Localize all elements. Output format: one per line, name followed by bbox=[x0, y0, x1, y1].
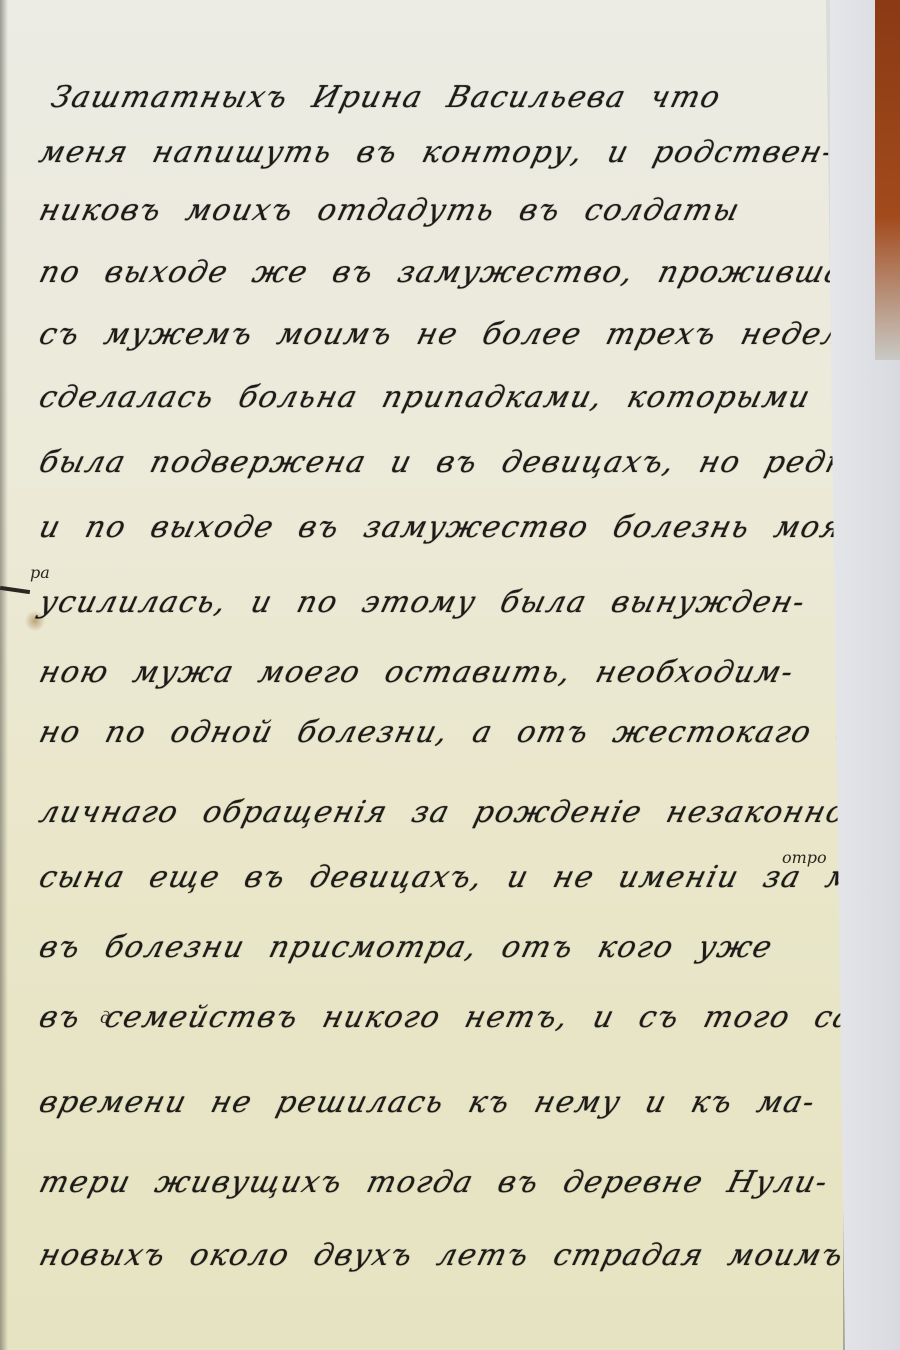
line-text: была подвержена и въ девицахъ, но редко bbox=[36, 445, 870, 480]
manuscript-sheet: Заштатныхъ Ирина Васильева что меня напи… bbox=[0, 0, 845, 1350]
manuscript-line: но по одной болезни, а отъ жестокаго его bbox=[36, 715, 810, 750]
line-text: ною мужа моего оставить, необходим- bbox=[36, 655, 798, 690]
manuscript-line: никовъ моихъ отдадуть въ солдаты bbox=[36, 193, 810, 228]
line-text: съ мужемъ моимъ не более трехъ недель bbox=[36, 317, 865, 352]
line-text: усилилась, и по этому была вынужден- bbox=[36, 585, 810, 620]
manuscript-line: тери живущихъ тогда въ деревне Нули- bbox=[36, 1165, 810, 1200]
manuscript-line: была подвержена и въ девицахъ, но редко bbox=[36, 445, 810, 480]
manuscript-line: по выходе же въ замужество, прожившая bbox=[36, 255, 810, 290]
manuscript-line: Заштатныхъ Ирина Васильева что bbox=[48, 80, 810, 115]
line-text: и по выходе въ замужество болезнь моя bbox=[36, 510, 847, 545]
line-text: но по одной болезни, а отъ жестокаго его bbox=[36, 715, 897, 750]
interlinear-annotation: ра bbox=[30, 563, 50, 582]
manuscript-line: сына еще въ девицахъ, и не именіи за мно… bbox=[36, 860, 810, 895]
line-text: времени не решилась къ нему и къ ма- bbox=[36, 1085, 820, 1120]
interlinear-annotation: отро bbox=[782, 848, 827, 867]
line-text: тери живущихъ тогда въ деревне Нули- bbox=[36, 1165, 833, 1200]
manuscript-line: въ семействъ никого нетъ, и съ того сама… bbox=[36, 1000, 810, 1035]
line-text: Заштатныхъ Ирина Васильева что bbox=[48, 80, 725, 115]
wooden-surface-edge bbox=[875, 0, 900, 360]
line-text: меня напишуть въ контору, и родствен- bbox=[36, 135, 839, 170]
line-text: новыхъ около двухъ летъ страдая моимъ bbox=[36, 1238, 848, 1273]
line-text: сына еще въ девицахъ, и не именіи за мно… bbox=[36, 860, 900, 895]
manuscript-lines: Заштатныхъ Ирина Васильева что меня напи… bbox=[0, 0, 845, 1350]
manuscript-line: новыхъ около двухъ летъ страдая моимъ bbox=[36, 1238, 810, 1273]
line-text: въ семействъ никого нетъ, и съ того сама… bbox=[36, 1000, 900, 1035]
manuscript-line: времени не решилась къ нему и къ ма- bbox=[36, 1085, 810, 1120]
line-text: по выходе же въ замужество, прожившая bbox=[36, 255, 871, 290]
manuscript-line: усилилась, и по этому была вынужден- bbox=[36, 585, 810, 620]
line-text: личнаго обращенія за рожденіе незаконно bbox=[36, 795, 851, 830]
manuscript-line: ною мужа моего оставить, необходим- bbox=[36, 655, 810, 690]
line-text: сделалась больна припадками, которыми bbox=[36, 380, 815, 415]
manuscript-line: въ болезни присмотра, отъ кого уже bbox=[36, 930, 810, 965]
manuscript-line: сделалась больна припадками, которыми bbox=[36, 380, 810, 415]
manuscript-line: меня напишуть въ контору, и родствен- bbox=[36, 135, 810, 170]
interlinear-annotation: д bbox=[100, 1008, 110, 1027]
manuscript-line: и по выходе въ замужество болезнь моя bbox=[36, 510, 810, 545]
manuscript-line: личнаго обращенія за рожденіе незаконно bbox=[36, 795, 810, 830]
manuscript-line: съ мужемъ моимъ не более трехъ недель bbox=[36, 317, 810, 352]
line-text: въ болезни присмотра, отъ кого уже bbox=[36, 930, 777, 965]
line-text: никовъ моихъ отдадуть въ солдаты bbox=[36, 193, 744, 228]
